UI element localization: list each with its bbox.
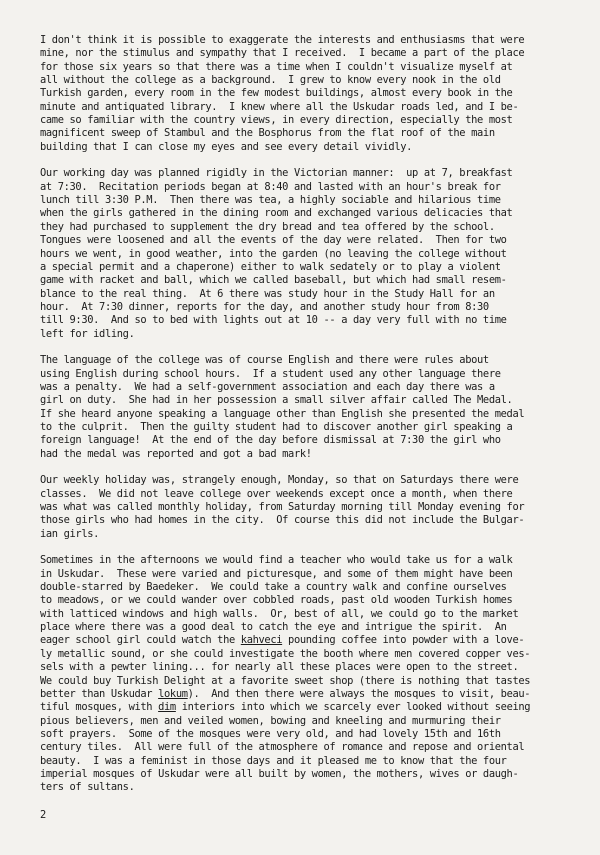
- text-line: in Uskudar. These were varied and pictur…: [40, 568, 590, 581]
- text-line: till 9:30. And so to bed with lights out…: [40, 314, 590, 327]
- text-line: ly metallic sound, or she could investig…: [40, 648, 590, 661]
- underlined-word: lokum: [158, 688, 188, 700]
- text-line: lunch till 3:30 P.M. Then there was tea,…: [40, 194, 590, 207]
- text-line: double-starred by Baedeker. We could tak…: [40, 581, 590, 594]
- text-line: to the culprit. Then the guilty student …: [40, 421, 590, 434]
- text-line: hours we went, in good weather, into the…: [40, 248, 590, 261]
- text-line: beauty. I was a feminist in those days a…: [40, 755, 590, 768]
- text-line: The language of the college was of cours…: [40, 354, 590, 367]
- text-line: minute and antiquated library. I knew wh…: [40, 101, 590, 114]
- text-line: left for idling.: [40, 328, 590, 341]
- text-line: magnificent sweep of Stambul and the Bos…: [40, 127, 590, 140]
- paragraph-college-memories: I don't think it is possible to exaggera…: [40, 34, 590, 154]
- text-line: all without the college as a background.…: [40, 74, 590, 87]
- text-line: pious believers, men and veiled women, b…: [40, 715, 590, 728]
- text-line: for those six years so that there was a …: [40, 61, 590, 74]
- text-line: at 7:30. Recitation periods began at 8:4…: [40, 181, 590, 194]
- text-line: Tongues were loosened and all the events…: [40, 234, 590, 247]
- underlined-word: dim: [158, 701, 176, 713]
- text-line: with latticed windows and high walls. Or…: [40, 608, 590, 621]
- text-line: imperial mosques of Uskudar were all bui…: [40, 768, 590, 781]
- text-line: century tiles. All were full of the atmo…: [40, 741, 590, 754]
- text-line: mine, nor the stimulus and sympathy that…: [40, 47, 590, 60]
- text-line: I don't think it is possible to exaggera…: [40, 34, 590, 47]
- text-line: a special permit and a chaperone) either…: [40, 261, 590, 274]
- text-line: had the medal was reported and got a bad…: [40, 448, 590, 461]
- text-line: was what was called monthly holiday, fro…: [40, 501, 590, 514]
- text-line: We could buy Turkish Delight at a favori…: [40, 675, 590, 688]
- paragraph-uskudar-walks: Sometimes in the afternoons we would fin…: [40, 554, 590, 794]
- text-line: classes. We did not leave college over w…: [40, 488, 590, 501]
- page-number: 2: [40, 809, 46, 821]
- underlined-word: kahveci: [241, 634, 282, 646]
- text-line: better than Uskudar lokum). And then the…: [40, 688, 590, 701]
- text-line: tiful mosques, with dim interiors into w…: [40, 701, 590, 714]
- paragraph-language-rules: The language of the college was of cours…: [40, 354, 590, 461]
- text-line: If she heard anyone speaking a language …: [40, 408, 590, 421]
- text-line: to meadows, or we could wander over cobb…: [40, 594, 590, 607]
- text-line: using English during school hours. If a …: [40, 368, 590, 381]
- paragraph-weekly-holiday: Our weekly holiday was, strangely enough…: [40, 474, 590, 541]
- text-line: when the girls gathered in the dining ro…: [40, 207, 590, 220]
- text-line: game with racket and ball, which we call…: [40, 274, 590, 287]
- text-line: building that I can close my eyes and se…: [40, 141, 590, 154]
- text-line: girl on duty. She had in her possession …: [40, 394, 590, 407]
- text-line: eager school girl could watch the kahvec…: [40, 634, 590, 647]
- text-line: place where there was a good deal to cat…: [40, 621, 590, 634]
- text-line: foreign language! At the end of the day …: [40, 434, 590, 447]
- text-line: soft prayers. Some of the mosques were v…: [40, 728, 590, 741]
- document-page: I don't think it is possible to exaggera…: [40, 34, 590, 808]
- paragraph-working-day: Our working day was planned rigidly in t…: [40, 167, 590, 340]
- text-line: sels with a pewter lining... for nearly …: [40, 661, 590, 674]
- text-line: ters of sultans.: [40, 781, 590, 794]
- text-line: was a penalty. We had a self-government …: [40, 381, 590, 394]
- text-line: came so familiar with the country views,…: [40, 114, 590, 127]
- text-line: ian girls.: [40, 528, 590, 541]
- text-line: those girls who had homes in the city. O…: [40, 514, 590, 527]
- text-line: Sometimes in the afternoons we would fin…: [40, 554, 590, 567]
- text-line: Our working day was planned rigidly in t…: [40, 167, 590, 180]
- text-line: hour. At 7:30 dinner, reports for the da…: [40, 301, 590, 314]
- text-line: blance to the real thing. At 6 there was…: [40, 288, 590, 301]
- text-line: they had purchased to supplement the dry…: [40, 221, 590, 234]
- text-line: Turkish garden, every room in the few mo…: [40, 87, 590, 100]
- text-line: Our weekly holiday was, strangely enough…: [40, 474, 590, 487]
